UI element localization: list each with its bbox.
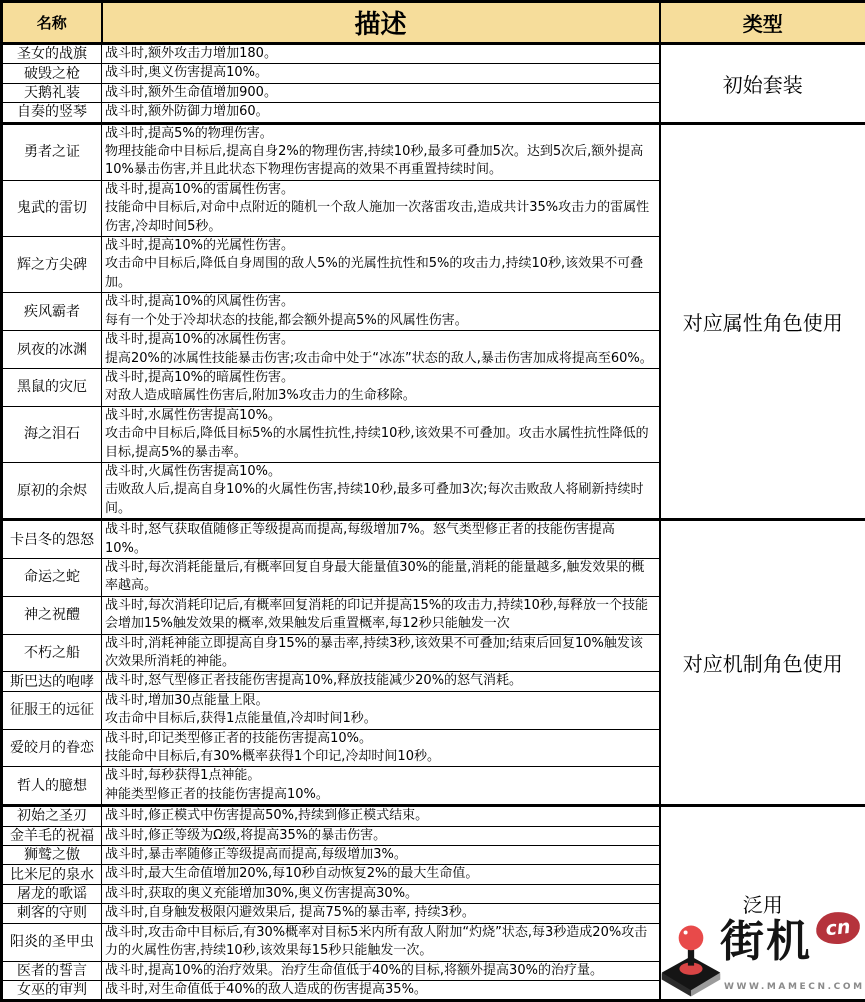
item-name: 征服王的远征 — [2, 691, 102, 729]
item-name: 比米尼的泉水 — [2, 865, 102, 884]
table-body: 圣女的战旗战斗时,额外攻击力增加180。初始套装破毁之枪战斗时,奥义伤害提高10… — [2, 44, 865, 1001]
item-name: 自奏的竖琴 — [2, 103, 102, 123]
item-name: 命运之蛇 — [2, 558, 102, 596]
item-name: 辉之方尖碑 — [2, 237, 102, 293]
item-name: 医者的誓言 — [2, 961, 102, 980]
item-description: 战斗时,提高10%的治疗效果。治疗生命值低于40%的目标,将额外提高30%的治疗… — [102, 961, 660, 980]
item-table: 名称 描述 类型 圣女的战旗战斗时,额外攻击力增加180。初始套装破毁之枪战斗时… — [0, 0, 865, 1002]
item-description: 战斗时,额外防御力增加60。 — [102, 103, 660, 123]
item-name: 不朽之船 — [2, 634, 102, 672]
item-description: 战斗时,提高5%的物理伤害。 物理技能命中目标后,提高自身2%的物理伤害,持续1… — [102, 123, 660, 180]
item-description: 战斗时,水属性伤害提高10%。 攻击命中目标后,降低目标5%的水属性抗性,持续1… — [102, 406, 660, 462]
table-row: 初始之圣刃战斗时,修正模式中伤害提高50%,持续到修正模式结束。泛用 — [2, 806, 865, 826]
item-name: 海之泪石 — [2, 406, 102, 462]
item-name: 黑鼠的灾厄 — [2, 368, 102, 406]
item-description: 战斗时,怒气型修正者技能伤害提高10%,释放技能减少20%的怒气消耗。 — [102, 672, 660, 691]
cn-badge: cn — [814, 910, 861, 946]
item-name: 斯巴达的咆哮 — [2, 672, 102, 691]
item-description: 战斗时,怒气获取值随修正等级提高而提高,每级增加7%。怒气类型修正者的技能伤害提… — [102, 520, 660, 559]
item-description: 战斗时,增加30点能量上限。 攻击命中目标后,获得1点能量值,冷却时间1秒。 — [102, 691, 660, 729]
table-row: 圣女的战旗战斗时,额外攻击力增加180。初始套装 — [2, 44, 865, 64]
item-name: 金羊毛的祝福 — [2, 826, 102, 845]
item-name: 原初的余烬 — [2, 462, 102, 519]
group-type: 对应机制角色使用 — [660, 520, 865, 806]
item-name: 初始之圣刃 — [2, 806, 102, 826]
item-description: 战斗时,提高10%的暗属性伤害。 对敌人造成暗属性伤害后,附加3%攻击力的生命移… — [102, 368, 660, 406]
item-description: 战斗时,提高10%的风属性伤害。 每有一个处于冷却状态的技能,都会额外提高5%的… — [102, 293, 660, 331]
item-description: 战斗时,每次消耗印记后,有概率回复消耗的印记并提高15%的攻击力,持续10秒,每… — [102, 596, 660, 634]
item-name: 破毁之枪 — [2, 64, 102, 83]
site-watermark: 街机 cn WWW.MAMECN.COM — [654, 906, 862, 998]
watermark-url: WWW.MAMECN.COM — [724, 982, 865, 992]
item-description: 战斗时,火属性伤害提高10%。 击败敌人后,提高自身10%的火属性伤害,持续10… — [102, 462, 660, 519]
item-name: 爱皎月的眷恋 — [2, 729, 102, 767]
item-name: 神之祝醴 — [2, 596, 102, 634]
header-row: 名称 描述 类型 — [2, 2, 865, 44]
table-row: 勇者之证战斗时,提高5%的物理伤害。 物理技能命中目标后,提高自身2%的物理伤害… — [2, 123, 865, 180]
item-description: 战斗时,对生命值低于40%的敌人造成的伤害提高35%。 — [102, 980, 660, 1000]
item-name: 勇者之证 — [2, 123, 102, 180]
item-description: 战斗时,修正模式中伤害提高50%,持续到修正模式结束。 — [102, 806, 660, 826]
item-description: 战斗时,攻击命中目标后,有30%概率对目标5米内所有敌人附加“灼烧”状态,每3秒… — [102, 923, 660, 961]
item-description: 战斗时,暴击率随修正等级提高而提高,每级增加3%。 — [102, 846, 660, 865]
item-name: 疾风霸者 — [2, 293, 102, 331]
item-description: 战斗时,自身触发极限闪避效果后, 提高75%的暴击率, 持续3秒。 — [102, 904, 660, 923]
item-description: 战斗时,提高10%的光属性伤害。 攻击命中目标后,降低自身周围的敌人5%的光属性… — [102, 237, 660, 293]
item-description: 战斗时,额外攻击力增加180。 — [102, 44, 660, 64]
item-description: 战斗时,获取的奥义充能增加30%,奥义伤害提高30%。 — [102, 884, 660, 903]
item-description: 战斗时,修正等级为Ω级,将提高35%的暴击伤害。 — [102, 826, 660, 845]
item-name: 夙夜的冰渊 — [2, 331, 102, 369]
group-type: 对应属性角色使用 — [660, 123, 865, 520]
item-name: 鬼武的雷切 — [2, 180, 102, 236]
item-name: 阳炎的圣甲虫 — [2, 923, 102, 961]
item-name: 女巫的审判 — [2, 980, 102, 1000]
item-description: 战斗时,最大生命值增加20%,每10秒自动恢复2%的最大生命值。 — [102, 865, 660, 884]
item-name: 狮鹫之傲 — [2, 846, 102, 865]
header-description: 描述 — [102, 2, 660, 44]
brand-logo-text: 街机 — [720, 920, 812, 964]
item-name: 屠龙的歌谣 — [2, 884, 102, 903]
group-type: 初始套装 — [660, 44, 865, 124]
item-description: 战斗时,奥义伤害提高10%。 — [102, 64, 660, 83]
item-name: 刺客的守则 — [2, 904, 102, 923]
header-type: 类型 — [660, 2, 865, 44]
joystick-icon — [660, 924, 722, 998]
item-description: 战斗时,每秒获得1点神能。 神能类型修正者的技能伤害提高10%。 — [102, 767, 660, 806]
item-description: 战斗时,提高10%的冰属性伤害。 提高20%的冰属性技能暴击伤害;攻击命中处于“… — [102, 331, 660, 369]
item-description: 战斗时,消耗神能立即提高自身15%的暴击率,持续3秒,该效果不可叠加;结束后回复… — [102, 634, 660, 672]
item-name: 天鹅礼装 — [2, 83, 102, 102]
item-description: 战斗时,额外生命值增加900。 — [102, 83, 660, 102]
item-description: 战斗时,每次消耗能量后,有概率回复自身最大能量值30%的能量,消耗的能量越多,触… — [102, 558, 660, 596]
item-name: 圣女的战旗 — [2, 44, 102, 64]
item-description: 战斗时,提高10%的雷属性伤害。 技能命中目标后,对命中点附近的随机一个敌人施加… — [102, 180, 660, 236]
table-row: 卡吕冬的怨怒战斗时,怒气获取值随修正等级提高而提高,每级增加7%。怒气类型修正者… — [2, 520, 865, 559]
header-name: 名称 — [2, 2, 102, 44]
item-name: 哲人的臆想 — [2, 767, 102, 806]
item-name: 卡吕冬的怨怒 — [2, 520, 102, 559]
item-description: 战斗时,印记类型修正者的技能伤害提高10%。 技能命中目标后,有30%概率获得1… — [102, 729, 660, 767]
